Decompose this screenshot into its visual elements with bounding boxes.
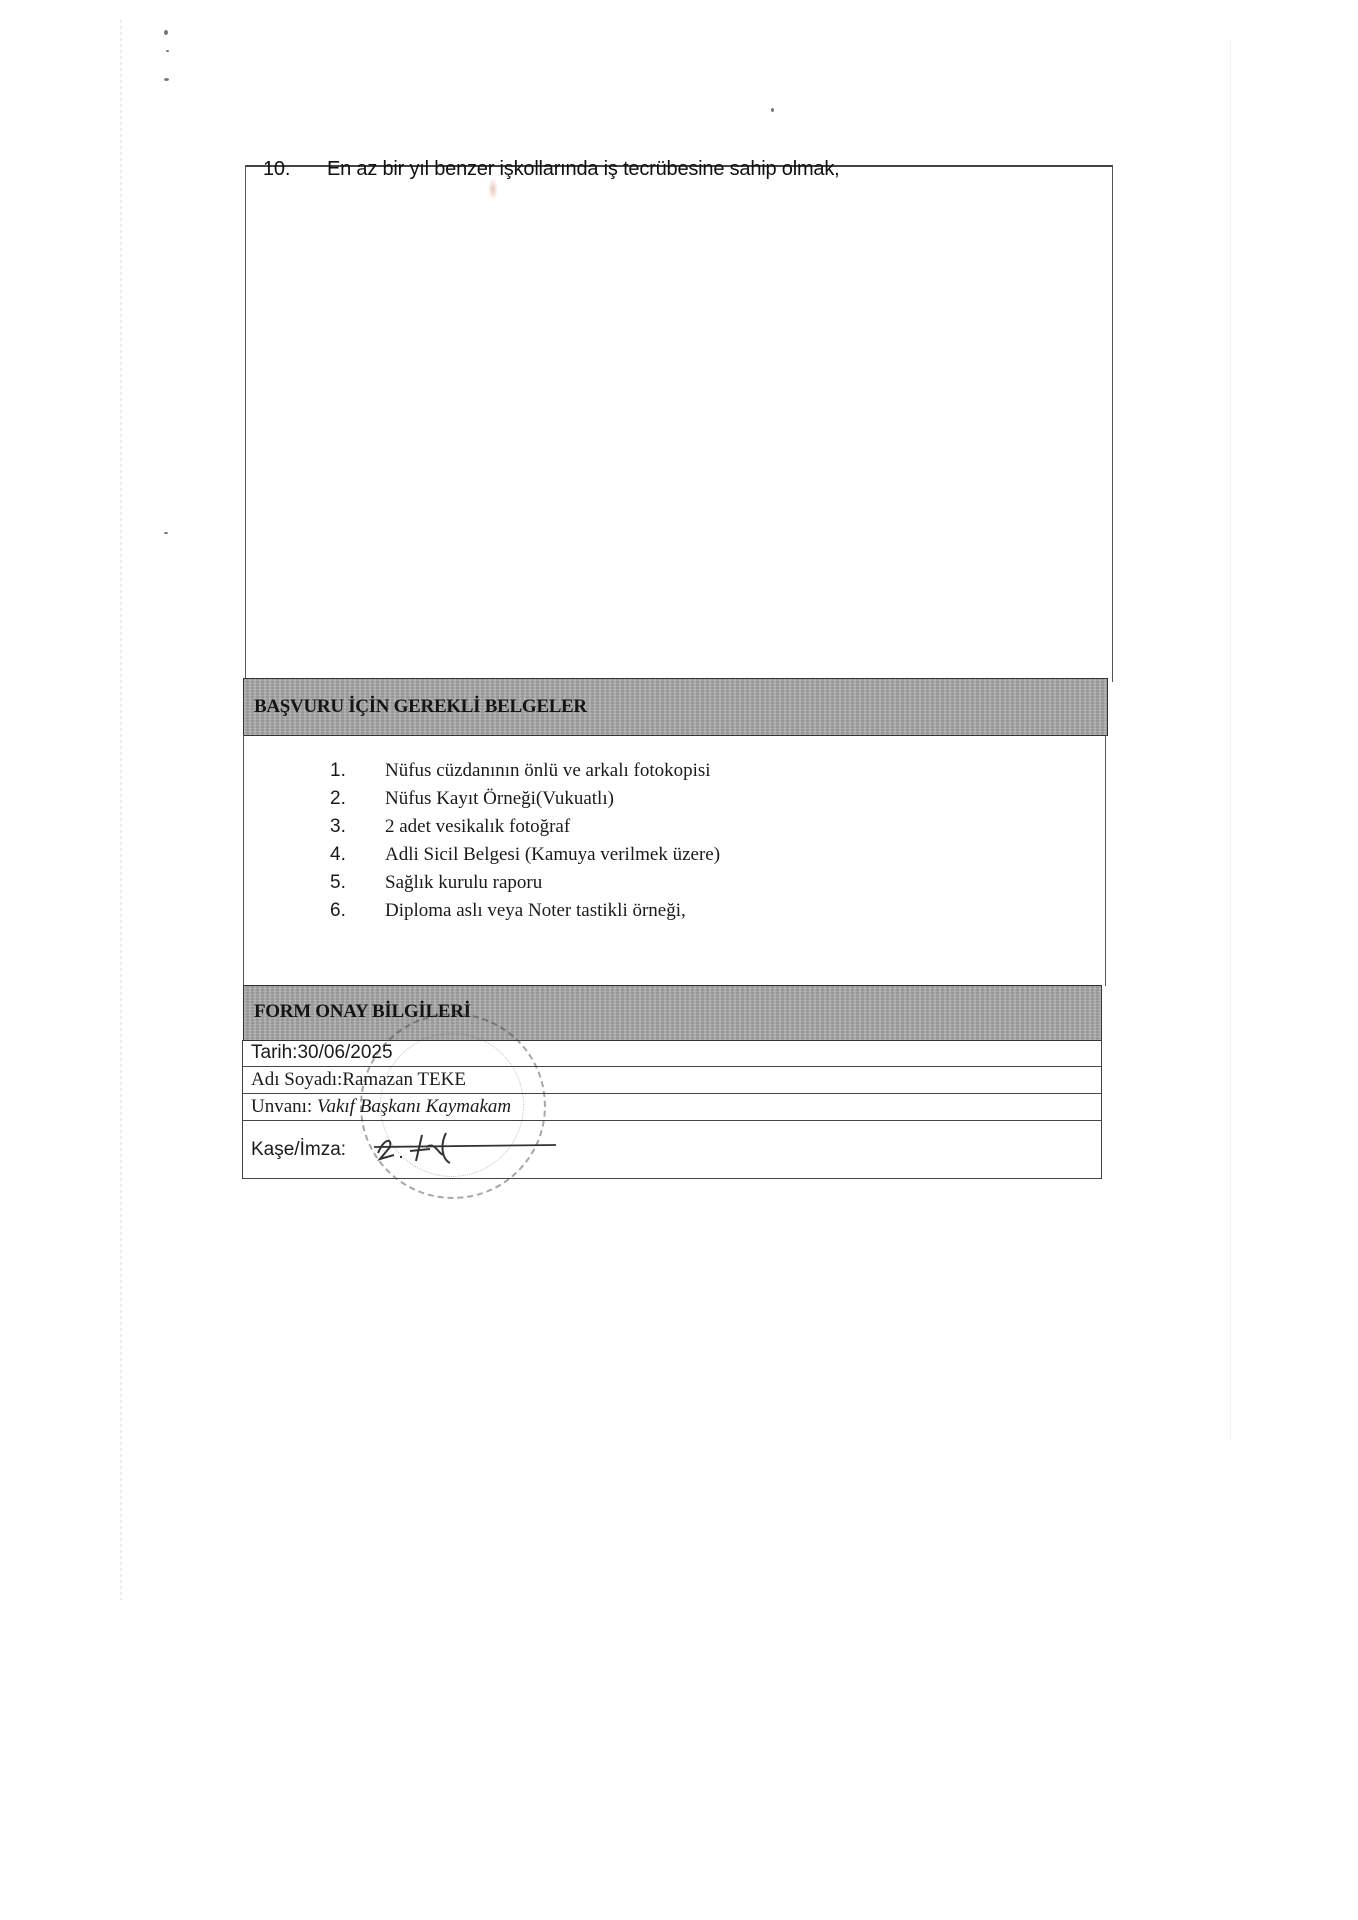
list-item: 3.2 adet vesikalık fotoğraf	[330, 816, 720, 844]
item-text: Nüfus Kayıt Örneği(Vukuatlı)	[385, 788, 614, 809]
section-title: BAŞVURU İÇİN GEREKLİ BELGELER	[254, 696, 587, 718]
scan-speck	[164, 78, 169, 81]
scan-edge	[120, 20, 122, 1600]
scan-speck	[771, 108, 774, 112]
requirements-box	[245, 165, 1113, 682]
list-item: 4.Adli Sicil Belgesi (Kamuya verilmek üz…	[330, 844, 720, 872]
scan-edge	[1230, 40, 1231, 1440]
item-number: 1.	[330, 760, 385, 782]
item-text: Nüfus cüzdanının önlü ve arkalı fotokopi…	[385, 760, 711, 781]
signature-label: Kaşe/İmza:	[251, 1139, 346, 1160]
title-label: Unvanı:	[251, 1096, 312, 1117]
item-text: 2 adet vesikalık fotoğraf	[385, 816, 570, 837]
item-number: 10.	[263, 158, 327, 181]
item-text: Sağlık kurulu raporu	[385, 872, 542, 893]
scan-speck	[166, 50, 169, 52]
item-text: Diploma aslı veya Noter tastikli örneği,	[385, 900, 686, 921]
signature-icon	[370, 1125, 560, 1165]
list-item: 5.Sağlık kurulu raporu	[330, 872, 720, 900]
scan-speck	[164, 30, 168, 35]
item-number: 4.	[330, 844, 385, 866]
item-number: 6.	[330, 900, 385, 922]
date-label: Tarih:	[251, 1042, 297, 1063]
item-number: 3.	[330, 816, 385, 838]
list-item: 2.Nüfus Kayıt Örneği(Vukuatlı)	[330, 788, 720, 816]
item-text: En az bir yıl benzer işkollarında iş tec…	[327, 158, 840, 180]
item-text: Adli Sicil Belgesi (Kamuya verilmek üzer…	[385, 844, 720, 865]
required-documents-list: 1.Nüfus cüzdanının önlü ve arkalı fotoko…	[330, 760, 720, 928]
requirement-item-10: 10.En az bir yıl benzer işkollarında iş …	[263, 158, 840, 181]
scan-stain	[488, 178, 498, 200]
section-header-required-documents: BAŞVURU İÇİN GEREKLİ BELGELER	[243, 678, 1108, 736]
item-number: 5.	[330, 872, 385, 894]
scan-speck	[164, 532, 168, 534]
item-number: 2.	[330, 788, 385, 810]
name-label: Adı Soyadı:	[251, 1069, 342, 1090]
section-header-form-approval: FORM ONAY BİLGİLERİ	[243, 985, 1102, 1041]
list-item: 6.Diploma aslı veya Noter tastikli örneğ…	[330, 900, 720, 928]
list-item: 1.Nüfus cüzdanının önlü ve arkalı fotoko…	[330, 760, 720, 788]
